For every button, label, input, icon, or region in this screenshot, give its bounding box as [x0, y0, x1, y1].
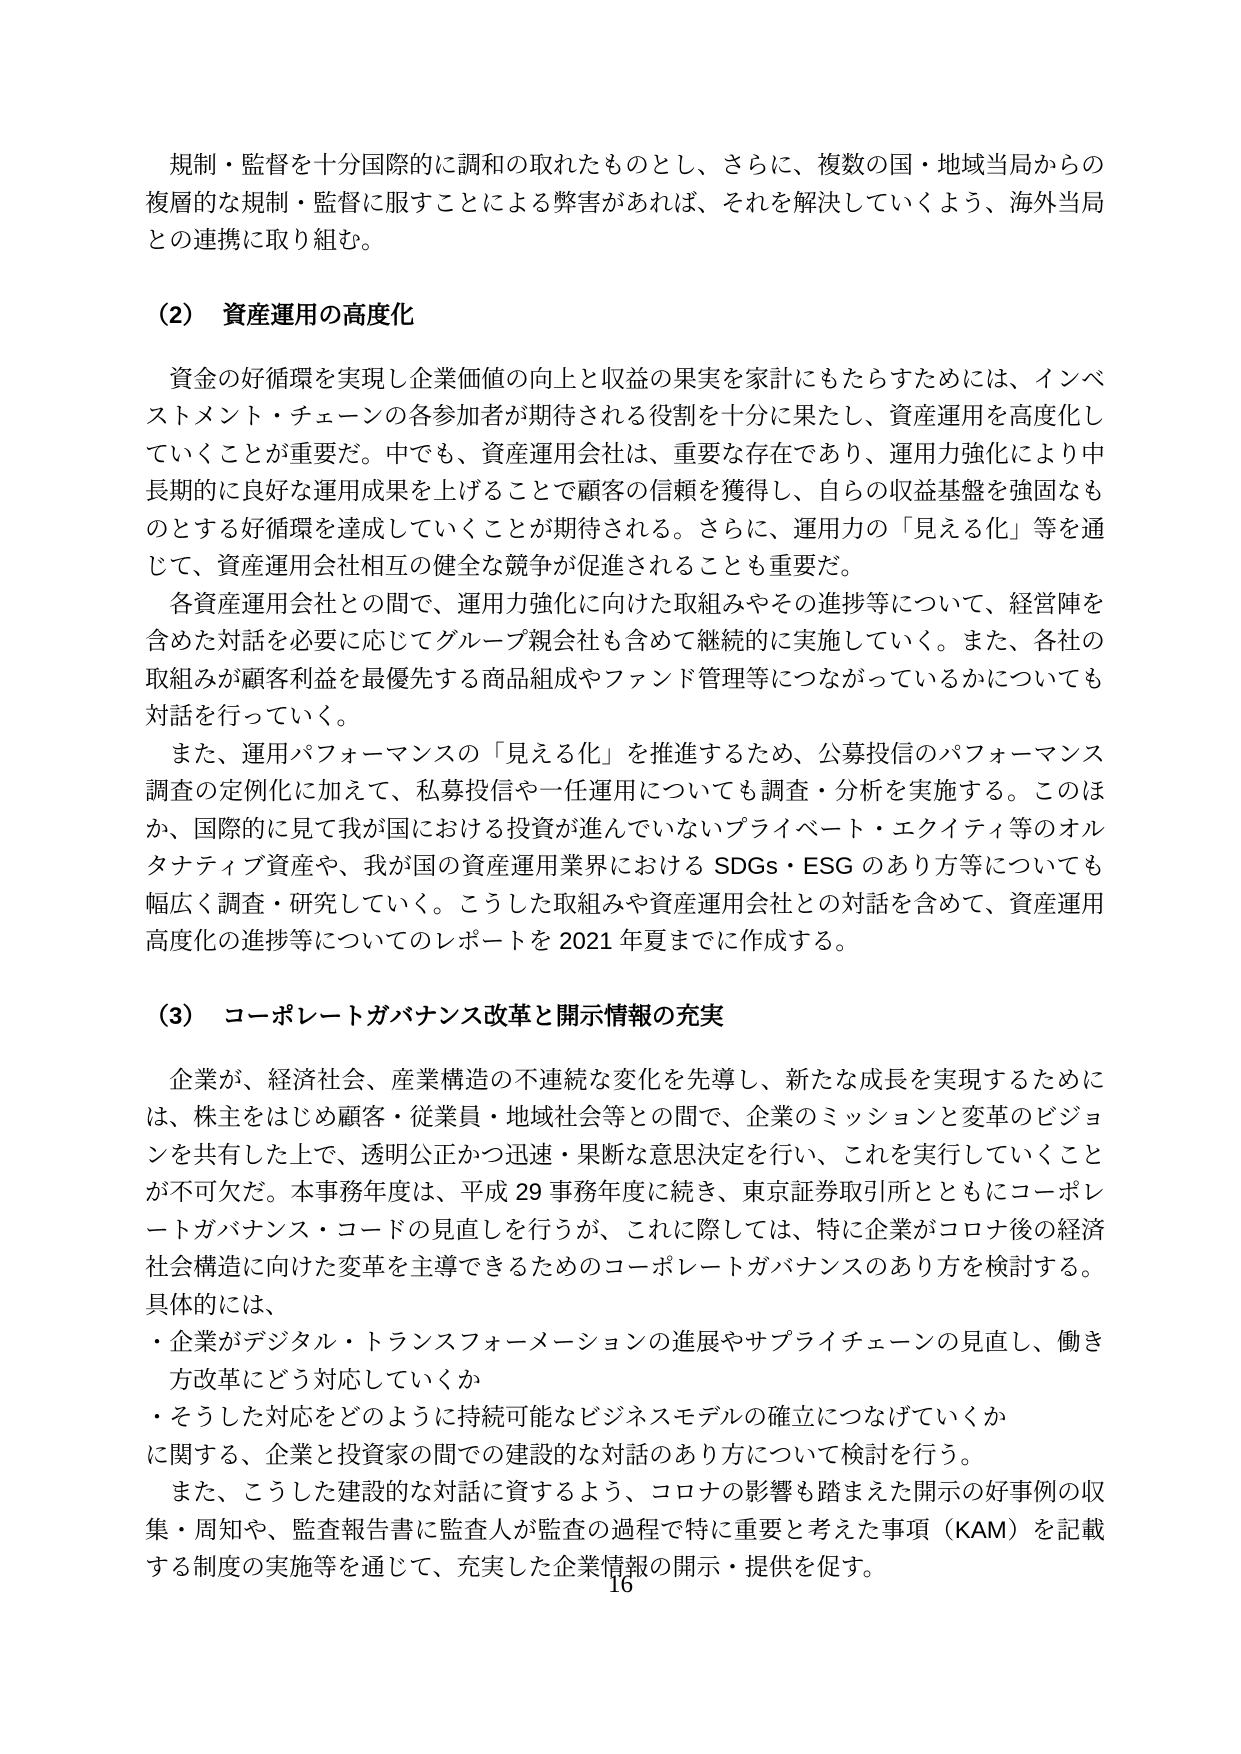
- intro-paragraph: 規制・監督を十分国際的に調和の取れたものとし、さらに、複数の国・地域当局からの複…: [145, 147, 1105, 260]
- section-3-final-paragraph: また、こうした建設的な対話に資するよう、コロナの影響も踏まえた開示の好事例の収集…: [145, 1474, 1105, 1587]
- bullet-item-1: ・企業がデジタル・トランスフォーメーションの進展やサプライチェーンの見直し、働き…: [145, 1324, 1105, 1399]
- section-2-heading: （2）資産運用の高度化: [145, 297, 1105, 335]
- bullet-item-2: ・そうした対応をどのように持続可能なビジネスモデルの確立につなげていくか: [145, 1399, 1105, 1437]
- bullet-marker-icon: ・: [145, 1399, 169, 1437]
- bullet-item-1-text: 企業がデジタル・トランスフォーメーションの進展やサプライチェーンの見直し、働き方…: [169, 1329, 1105, 1394]
- section-3-number: （3）: [145, 1003, 206, 1030]
- section-3-lead-paragraph: 企業が、経済社会、産業構造の不連続な変化を先導し、新たな成長を実現するためには、…: [145, 1062, 1105, 1325]
- section-2-paragraph-2: 各資産運用会社との間で、運用力強化に向けた取組みやその進捗等について、経営陣を含…: [145, 586, 1105, 736]
- bullet-marker-icon: ・: [145, 1324, 169, 1362]
- page-number: 16: [0, 1571, 1241, 1599]
- text-block: 規制・監督を十分国際的に調和の取れたものとし、さらに、複数の国・地域当局からの複…: [145, 147, 1105, 1587]
- section-2-title: 資産運用の高度化: [222, 302, 414, 329]
- section-3-closing-line: に関する、企業と投資家の間での建設的な対話のあり方について検討を行う。: [145, 1437, 1105, 1475]
- section-2-paragraph-1: 資金の好循環を実現し企業価値の向上と収益の果実を家計にもたらすためには、インベス…: [145, 361, 1105, 586]
- document-page: 規制・監督を十分国際的に調和の取れたものとし、さらに、複数の国・地域当局からの複…: [0, 0, 1241, 1754]
- section-2-number: （2）: [145, 302, 206, 329]
- section-2-paragraph-3: また、運用パフォーマンスの「見える化」を推進するため、公募投信のパフォーマンス調…: [145, 736, 1105, 961]
- bullet-item-2-text: そうした対応をどのように持続可能なビジネスモデルの確立につなげていくか: [169, 1404, 1007, 1431]
- section-3-title: コーポレートガバナンス改革と開示情報の充実: [222, 1003, 723, 1030]
- section-3-heading: （3）コーポレートガバナンス改革と開示情報の充実: [145, 998, 1105, 1036]
